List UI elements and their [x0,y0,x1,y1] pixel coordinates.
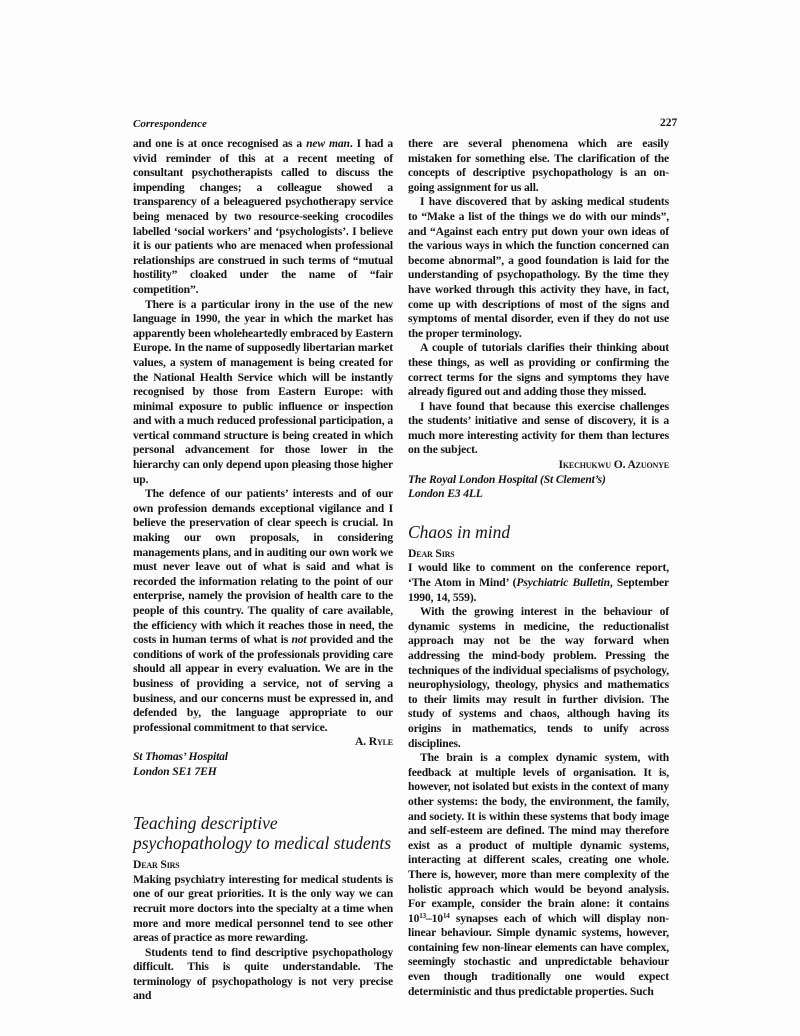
paragraph: Students tend to find descriptive psycho… [133,946,393,1004]
article-title: Chaos in mind [408,522,669,542]
article-title: Teaching descriptive psychopathology to … [133,813,393,853]
paragraph: I have discovered that by asking medical… [408,195,669,341]
author-address: The Royal London Hospital (St Clement’s) [408,473,669,488]
left-column: and one is at once recognised as a new m… [133,137,393,1004]
paragraph: Making psychiatry interesting for medica… [133,873,393,946]
author-signature: Ikechukwu O. Azuonye [408,458,669,473]
paragraph: there are several phenomena which are ea… [408,137,669,195]
right-column: there are several phenomena which are ea… [408,137,669,999]
author-address: London E3 4LL [408,487,669,502]
author-address: London SE1 7EH [133,765,393,780]
salutation: Dear Sirs [408,547,669,562]
paragraph: There is a particular irony in the use o… [133,298,393,488]
paragraph: The brain is a complex dynamic system, w… [408,751,669,999]
journal-page: Correspondence 227 and one is at once re… [0,0,800,1036]
running-head: Correspondence [133,118,207,130]
paragraph: With the growing interest in the behavio… [408,605,669,751]
paragraph: I would like to comment on the conferenc… [408,561,669,605]
page-number: 227 [660,117,677,129]
author-signature: A. Ryle [133,735,393,750]
paragraph: and one is at once recognised as a new m… [133,137,393,298]
paragraph: A couple of tutorials clarifies their th… [408,341,669,399]
author-address: St Thomas’ Hospital [133,750,393,765]
paragraph: The defence of our patients’ interests a… [133,487,393,735]
paragraph: I have found that because this exercise … [408,400,669,458]
salutation: Dear Sirs [133,858,393,873]
